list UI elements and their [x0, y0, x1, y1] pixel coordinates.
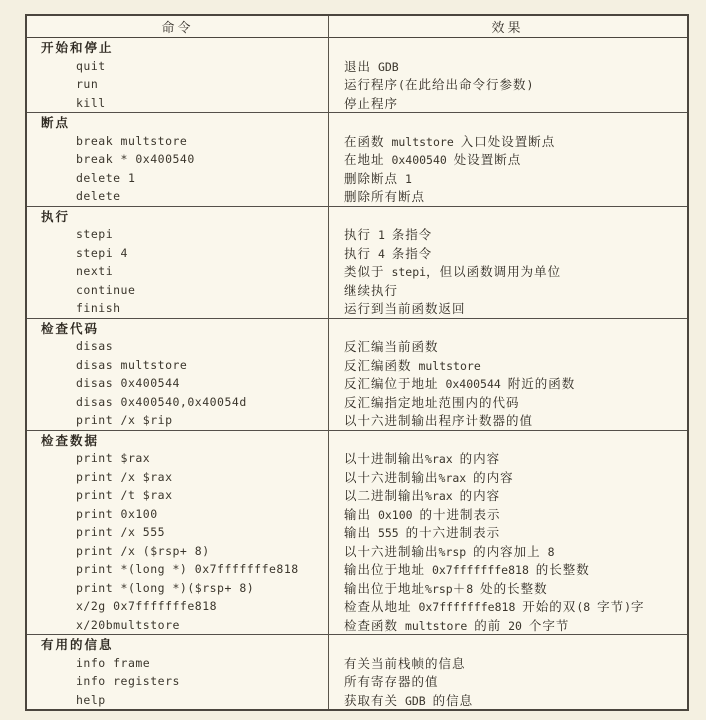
table-row: kill停止程序: [27, 94, 687, 113]
effect-cell: 反汇编当前函数: [328, 337, 687, 355]
command-cell: break * 0x400540: [27, 152, 328, 166]
section-title: 执行: [27, 207, 328, 225]
latin-text: %rax: [425, 452, 460, 466]
table-row: print /x $rip以十六进制输出程序计数器的值: [27, 411, 687, 430]
command-cell: print /x $rip: [27, 413, 328, 427]
effect-cell: 运行程序(在此给出命令行参数): [328, 75, 687, 93]
effect-cell: 以十六进制输出%rsp 的内容加上 8: [328, 542, 687, 560]
command-cell: continue: [27, 283, 328, 297]
effect-cell: 输出 555 的十六进制表示: [328, 523, 687, 541]
effect-cell: 删除所有断点: [328, 187, 687, 205]
latin-text: multstore: [385, 135, 461, 149]
command-cell: x/2g 0x7fffffffe818: [27, 599, 328, 613]
effect-cell: 执行 4 条指令: [328, 244, 687, 262]
command-cell: print *(long *) 0x7fffffffe818: [27, 562, 328, 576]
table-row: disas反汇编当前函数: [27, 337, 687, 356]
command-cell: kill: [27, 96, 328, 110]
effect-cell: 类似于 stepi，但以函数调用为单位: [328, 262, 687, 280]
table-row: info frame有关当前栈帧的信息: [27, 654, 687, 673]
table-row: print 0x100输出 0x100 的十进制表示: [27, 505, 687, 524]
table-row: nexti类似于 stepi，但以函数调用为单位: [27, 262, 687, 281]
latin-text: 0x7fffffffe818: [425, 563, 536, 577]
latin-text: (8: [576, 600, 597, 614]
latin-text: 4: [371, 247, 392, 261]
table-row: delete删除所有断点: [27, 187, 687, 206]
effect-cell: 在地址 0x400540 处设置断点: [328, 150, 687, 168]
table-row: stepi执行 1 条指令: [27, 225, 687, 244]
effect-cell: 在函数 multstore 入口处设置断点: [328, 132, 687, 150]
section-title: 断点: [27, 113, 328, 131]
command-cell: nexti: [27, 264, 328, 278]
latin-text: 8: [466, 582, 480, 596]
section-title: 有用的信息: [27, 635, 328, 653]
section-title: 开始和停止: [27, 38, 328, 56]
effect-cell: 反汇编指定地址范围内的代码: [328, 393, 687, 411]
table-section: 检查数据print $rax以十进制输出%rax 的内容print /x $ra…: [27, 430, 687, 635]
latin-text: GDB: [371, 60, 399, 74]
table-row: print /x ($rsp+ 8)以十六进制输出%rsp 的内容加上 8: [27, 542, 687, 561]
header-cell-effect: 效果: [328, 17, 687, 36]
command-cell: run: [27, 77, 328, 91]
table-row: x/20bmultstore检查函数 multstore 的前 20 个字节: [27, 616, 687, 635]
gdb-commands-table: 命令 效果 开始和停止quit退出 GDBrun运行程序(在此给出命令行参数)k…: [25, 14, 689, 711]
header-cell-command: 命令: [27, 17, 328, 36]
effect-cell: 输出位于地址%rsp＋8 处的长整数: [328, 579, 687, 597]
command-cell: stepi 4: [27, 246, 328, 260]
table-row: continue继续执行: [27, 281, 687, 300]
latin-text: 0x7fffffffe818: [412, 600, 523, 614]
table-row: disas 0x400544反汇编位于地址 0x400544 附近的函数: [27, 374, 687, 393]
effect-cell: 获取有关 GDB 的信息: [328, 691, 687, 709]
command-cell: info registers: [27, 674, 328, 688]
command-cell: disas: [27, 339, 328, 353]
latin-text: ): [624, 600, 631, 614]
effect-cell: 输出位于地址 0x7fffffffe818 的长整数: [328, 560, 687, 578]
effect-cell: 输出 0x100 的十进制表示: [328, 505, 687, 523]
section-title-row: 断点: [27, 113, 687, 132]
table-row: disas multstore反汇编函数 multstore: [27, 356, 687, 375]
table-row: x/2g 0x7fffffffe818检查从地址 0x7fffffffe818 …: [27, 597, 687, 616]
effect-cell: 检查从地址 0x7fffffffe818 开始的双(8 字节)字: [328, 597, 687, 615]
section-title: 检查数据: [27, 431, 328, 449]
effect-cell: 反汇编函数 multstore: [328, 356, 687, 374]
effect-cell: 停止程序: [328, 94, 687, 112]
effect-cell: 有关当前栈帧的信息: [328, 654, 687, 672]
table-row: run运行程序(在此给出命令行参数): [27, 75, 687, 94]
effect-cell: 删除断点 1: [328, 169, 687, 187]
command-cell: info frame: [27, 656, 328, 670]
command-cell: x/20bmultstore: [27, 618, 328, 632]
effect-cell: 执行 1 条指令: [328, 225, 687, 243]
latin-text: 0x400540: [385, 153, 454, 167]
latin-text: 8: [541, 545, 555, 559]
effect-cell: 运行到当前函数返回: [328, 299, 687, 317]
table-row: print /x 555输出 555 的十六进制表示: [27, 523, 687, 542]
command-cell: delete: [27, 189, 328, 203]
table-row: print /x $rax以十六进制输出%rax 的内容: [27, 468, 687, 487]
table-header-row: 命令 效果: [27, 16, 687, 38]
latin-text: %rsp: [425, 582, 453, 596]
effect-cell: 退出 GDB: [328, 57, 687, 75]
command-cell: print /x ($rsp+ 8): [27, 544, 328, 558]
command-cell: help: [27, 693, 328, 707]
table-row: print /t $rax以二进制输出%rax 的内容: [27, 486, 687, 505]
latin-text: GDB: [398, 694, 433, 708]
command-cell: delete 1: [27, 171, 328, 185]
table-row: print *(long *)($rsp+ 8)输出位于地址%rsp＋8 处的长…: [27, 579, 687, 598]
command-cell: print $rax: [27, 451, 328, 465]
latin-text: ): [526, 78, 533, 92]
latin-text: 555: [371, 526, 406, 540]
command-cell: print /t $rax: [27, 488, 328, 502]
table-section: 检查代码disas反汇编当前函数disas multstore反汇编函数 mul…: [27, 318, 687, 430]
command-cell: print 0x100: [27, 507, 328, 521]
section-title-row: 检查代码: [27, 319, 687, 338]
latin-text: stepi: [385, 265, 427, 279]
latin-text: 0x400544: [439, 377, 508, 391]
command-cell: quit: [27, 59, 328, 73]
latin-text: %rax: [439, 471, 474, 485]
command-cell: disas 0x400544: [27, 376, 328, 390]
table-row: print *(long *) 0x7fffffffe818输出位于地址 0x7…: [27, 560, 687, 579]
table-row: help获取有关 GDB 的信息: [27, 691, 687, 710]
section-title: 检查代码: [27, 319, 328, 337]
table-row: finish运行到当前函数返回: [27, 299, 687, 318]
latin-text: (: [398, 78, 405, 92]
table-body: 开始和停止quit退出 GDBrun运行程序(在此给出命令行参数)kill停止程…: [27, 38, 687, 709]
latin-text: %rax: [425, 489, 460, 503]
effect-cell: 检查函数 multstore 的前 20 个字节: [328, 616, 687, 634]
command-cell: finish: [27, 301, 328, 315]
latin-text: multstore: [412, 359, 481, 373]
command-cell: break multstore: [27, 134, 328, 148]
table-section: 执行stepi执行 1 条指令stepi 4执行 4 条指令nexti类似于 s…: [27, 206, 687, 318]
table-row: disas 0x400540,0x40054d反汇编指定地址范围内的代码: [27, 393, 687, 412]
effect-cell: 以十进制输出%rax 的内容: [328, 449, 687, 467]
table-row: info registers所有寄存器的值: [27, 672, 687, 691]
effect-cell: 以十六进制输出%rax 的内容: [328, 468, 687, 486]
table-row: stepi 4执行 4 条指令: [27, 244, 687, 263]
latin-text: 1: [398, 172, 412, 186]
effect-cell: 以二进制输出%rax 的内容: [328, 486, 687, 504]
command-cell: print /x 555: [27, 525, 328, 539]
table-section: 有用的信息info frame有关当前栈帧的信息info registers所有…: [27, 634, 687, 709]
book-page: 命令 效果 开始和停止quit退出 GDBrun运行程序(在此给出命令行参数)k…: [0, 0, 706, 720]
command-cell: disas multstore: [27, 358, 328, 372]
command-cell: stepi: [27, 227, 328, 241]
section-title-row: 有用的信息: [27, 635, 687, 654]
effect-cell: 以十六进制输出程序计数器的值: [328, 411, 687, 429]
table-row: break * 0x400540在地址 0x400540 处设置断点: [27, 150, 687, 169]
section-title-row: 检查数据: [27, 431, 687, 450]
effect-cell: 继续执行: [328, 281, 687, 299]
command-cell: print /x $rax: [27, 470, 328, 484]
command-cell: disas 0x400540,0x40054d: [27, 395, 328, 409]
effect-cell: 所有寄存器的值: [328, 672, 687, 690]
table-row: delete 1删除断点 1: [27, 169, 687, 188]
effect-cell: 反汇编位于地址 0x400544 附近的函数: [328, 374, 687, 392]
table-section: 断点break multstore在函数 multstore 入口处设置断点br…: [27, 112, 687, 206]
latin-text: 1: [371, 228, 392, 242]
column-divider: [328, 16, 329, 709]
table-row: quit退出 GDB: [27, 57, 687, 76]
latin-text: %rsp: [439, 545, 474, 559]
latin-text: multstore: [398, 619, 474, 633]
command-cell: print *(long *)($rsp+ 8): [27, 581, 328, 595]
table-row: print $rax以十进制输出%rax 的内容: [27, 449, 687, 468]
table-row: break multstore在函数 multstore 入口处设置断点: [27, 132, 687, 151]
latin-text: 20: [501, 619, 529, 633]
section-title-row: 开始和停止: [27, 38, 687, 57]
table-section: 开始和停止quit退出 GDBrun运行程序(在此给出命令行参数)kill停止程…: [27, 38, 687, 112]
section-title-row: 执行: [27, 207, 687, 226]
latin-text: 0x100: [371, 508, 419, 522]
